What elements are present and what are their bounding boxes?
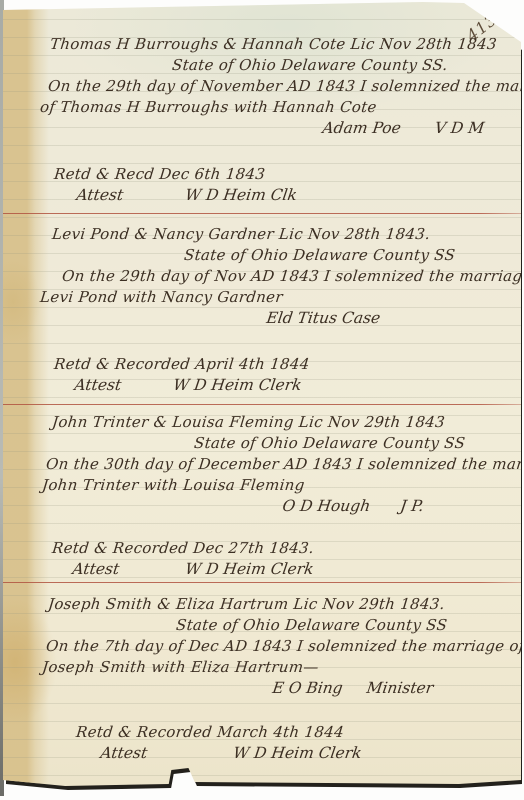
attest-label: Attest (71, 559, 121, 580)
solemnization-line-2: of Thomas H Burroughs with Hannah Cote (39, 97, 515, 118)
marriage-record-entry-3: John Trinter & Louisa Fleming Lic Nov 29… (23, 412, 513, 517)
officiant-signature: Adam Poe (321, 118, 402, 139)
return-recorded-line: Retd & Recorded Dec 27th 1843. (51, 538, 515, 559)
solemnization-line-1: On the 7th day of Dec AD 1843 I solemniz… (45, 636, 515, 657)
attestation-row: Attest W D Heim Clerk (73, 375, 516, 396)
marriage-record-entry-4: Joseph Smith & Eliza Hartrum Lic Nov 29t… (23, 594, 513, 699)
solemnization-line-1: On the 30th day of December AD 1843 I so… (45, 454, 515, 475)
red-rule-separator (3, 404, 521, 405)
attestation-row: Attest W D Heim Clerk (99, 743, 516, 764)
return-recorded-line: Retd & Recorded March 4th 1844 (75, 722, 515, 743)
attestation-row: Attest W D Heim Clk (75, 185, 516, 206)
attest-label: Attest (75, 185, 125, 206)
state-county-line: State of Ohio Delaware County SS (183, 245, 515, 266)
marriage-record-entry-1: Thomas H Burroughs & Hannah Cote Lic Nov… (23, 34, 513, 139)
clerk-return-block-1: Retd & Recd Dec 6th 1843 Attest W D Heim… (23, 164, 513, 206)
clerk-signature: W D Heim Clerk (232, 743, 363, 764)
license-title-line: John Trinter & Louisa Fleming Lic Nov 29… (51, 412, 515, 433)
officiant-signature-row: O D Hough J P. (281, 496, 516, 517)
solemnization-line-2: Joseph Smith with Eliza Hartrum— (41, 657, 515, 678)
clerk-return-block-2: Retd & Recorded April 4th 1844 Attest W … (23, 354, 513, 396)
officiant-title: Minister (365, 678, 434, 699)
ledger-page: 413 Thomas H Burroughs & Hannah Cote Lic… (3, 2, 521, 792)
attest-label: Attest (99, 743, 149, 764)
attest-label: Attest (73, 375, 123, 396)
marriage-record-entry-2: Levi Pond & Nancy Gardner Lic Nov 28th 1… (23, 224, 513, 329)
red-rule-separator (3, 582, 521, 583)
officiant-signature: O D Hough (281, 496, 372, 517)
solemnization-line-2: Levi Pond with Nancy Gardner (39, 287, 515, 308)
officiant-title: J P. (399, 496, 425, 517)
return-recorded-line: Retd & Recorded April 4th 1844 (53, 354, 515, 375)
officiant-signature: Eld Titus Case (265, 308, 382, 329)
state-county-line: State of Ohio Delaware County SS (175, 615, 515, 636)
license-title-line: Levi Pond & Nancy Gardner Lic Nov 28th 1… (51, 224, 515, 245)
officiant-signature: E O Bing (271, 678, 344, 699)
officiant-title: V D M (433, 118, 485, 139)
clerk-signature: W D Heim Clk (184, 185, 299, 206)
officiant-signature-row: Adam Poe V D M (321, 118, 516, 139)
officiant-signature-row: Eld Titus Case (265, 308, 516, 329)
return-recorded-line: Retd & Recd Dec 6th 1843 (53, 164, 515, 185)
state-county-line: State of Ohio Delaware County SS (193, 433, 515, 454)
clerk-return-block-4: Retd & Recorded March 4th 1844 Attest W … (23, 722, 513, 764)
clerk-return-block-3: Retd & Recorded Dec 27th 1843. Attest W … (23, 538, 513, 580)
license-title-line: Thomas H Burroughs & Hannah Cote Lic Nov… (49, 34, 515, 55)
state-county-line: State of Ohio Delaware County SS. (171, 55, 515, 76)
red-rule-separator (3, 213, 521, 214)
clerk-signature: W D Heim Clerk (184, 559, 315, 580)
solemnization-line-2: John Trinter with Louisa Fleming (41, 475, 515, 496)
solemnization-line-1: On the 29th day of Nov AD 1843 I solemni… (61, 266, 515, 287)
officiant-signature-row: E O Bing Minister (271, 678, 516, 699)
clerk-signature: W D Heim Clerk (172, 375, 303, 396)
attestation-row: Attest W D Heim Clerk (71, 559, 516, 580)
license-title-line: Joseph Smith & Eliza Hartrum Lic Nov 29t… (47, 594, 515, 615)
solemnization-line-1: On the 29th day of November AD 1843 I so… (47, 76, 515, 97)
